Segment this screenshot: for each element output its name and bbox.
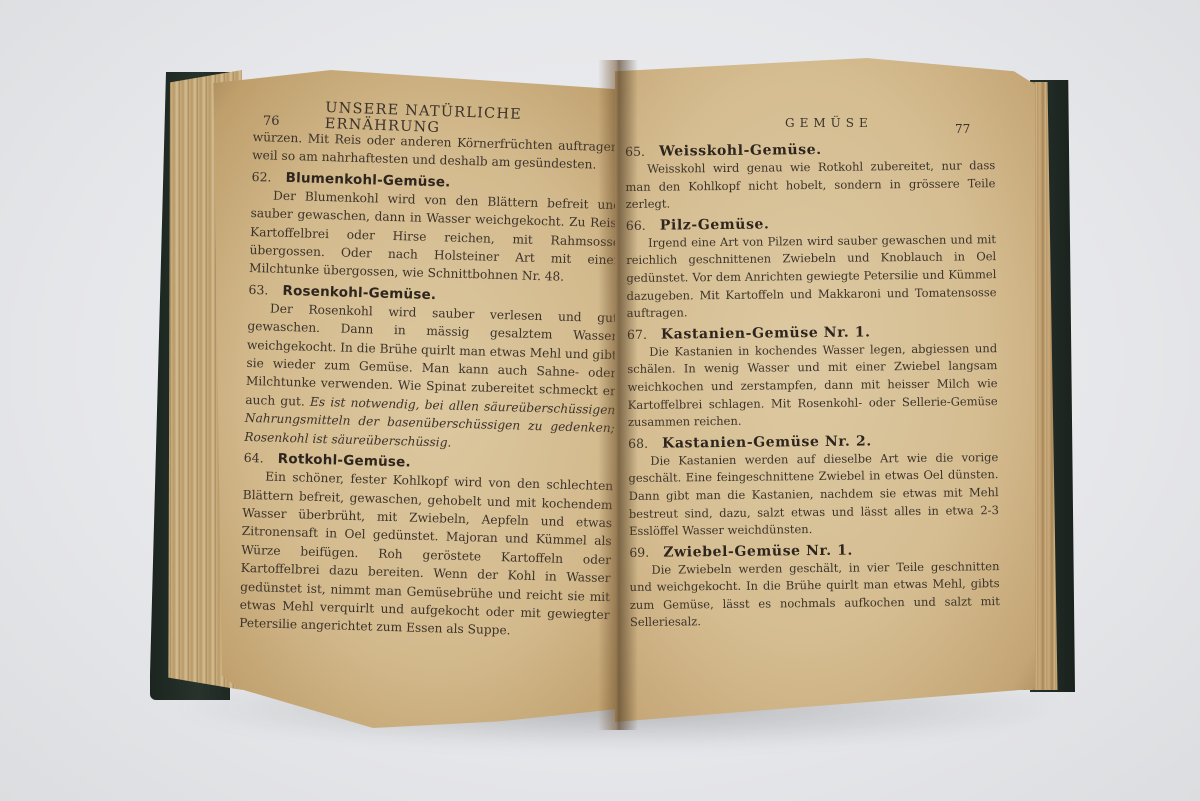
recipe-67: 67. Kastanien-Gemüse Nr. 1. Die Kastanie… — [627, 323, 998, 432]
recipe-body: Der Rosenkohl wird sauber verlesen und g… — [245, 301, 618, 408]
recipe-text: Die Kastanien in kochendes Wasser legen,… — [627, 340, 998, 432]
recipe-text: Weisskohl wird genau wie Rotkohl zuberei… — [625, 157, 996, 214]
recipe-63: 63. Rosenkohl-Gemüse. Der Rosenkohl wird… — [244, 282, 618, 457]
recipe-text: Die Kastanien werden auf dieselbe Art wi… — [628, 449, 999, 541]
recipe-text: Irgend eine Art von Pilzen wird sauber g… — [626, 231, 997, 323]
recipe-text: Der Blumenkohl wird von den Blättern bef… — [249, 186, 621, 288]
recipe-68: 68. Kastanien-Gemüse Nr. 2. Die Kastanie… — [628, 432, 999, 541]
right-page-content: 65. Weisskohl-Gemüse. Weisskohl wird gen… — [625, 140, 1000, 632]
recipe-title: Zwiebel-Gemüse Nr. 1. — [663, 542, 853, 560]
left-running-head: 76 UNSERE NATÜRLICHE ERNÄHRUNG — [253, 92, 619, 128]
right-page: GEMÜSE 77 65. Weisskohl-Gemüse. Weisskoh… — [615, 58, 1035, 722]
recipe-text: Die Zwiebeln werden geschält, in vier Te… — [629, 558, 1000, 632]
recipe-title: Weisskohl-Gemüse. — [659, 142, 822, 160]
recipe-number: 63. — [248, 282, 282, 298]
recipe-69: 69. Zwiebel-Gemüse Nr. 1. Die Zwiebeln w… — [629, 541, 1000, 632]
recipe-number: 62. — [251, 169, 285, 185]
recipe-number: 64. — [244, 450, 278, 466]
recipe-62: 62. Blumenkohl-Gemüse. Der Blumenkohl wi… — [249, 169, 622, 288]
recipe-title: Kastanien-Gemüse Nr. 2. — [662, 433, 872, 451]
left-page-content: würzen. Mit Reis oder anderen Körnerfrüc… — [239, 128, 623, 643]
page-number: 76 — [263, 114, 280, 129]
book-gutter — [598, 60, 638, 730]
right-running-head: GEMÜSE 77 — [625, 116, 1025, 140]
recipe-title: Pilz-Gemüse. — [660, 216, 770, 233]
recipe-title: Kastanien-Gemüse Nr. 1. — [661, 324, 871, 342]
chapter-title: GEMÜSE — [785, 116, 873, 130]
page-number: 77 — [955, 122, 970, 136]
recipe-66: 66. Pilz-Gemüse. Irgend eine Art von Pil… — [626, 214, 997, 323]
recipe-65: 65. Weisskohl-Gemüse. Weisskohl wird gen… — [625, 140, 996, 214]
left-page: 76 UNSERE NATÜRLICHE ERNÄHRUNG würzen. M… — [205, 70, 625, 728]
recipe-text: Der Rosenkohl wird sauber verlesen und g… — [244, 299, 618, 457]
recipe-64: 64. Rotkohl-Gemüse. Ein schöner, fester … — [239, 450, 614, 643]
recipe-text: Ein schöner, fester Kohlkopf wird von de… — [239, 467, 613, 643]
